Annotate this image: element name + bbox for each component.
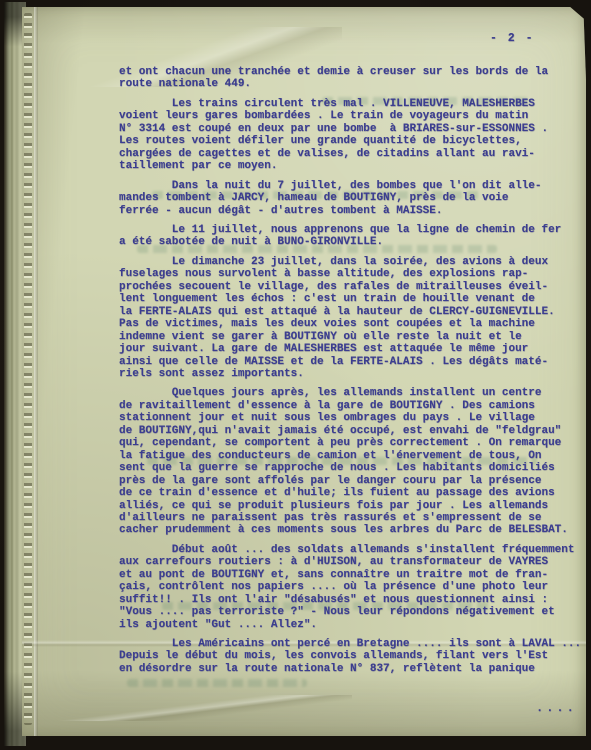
document-page: - 2 - et ont chacun une tranchée et demi… bbox=[22, 7, 586, 736]
paragraph-23-juillet: Le dimanche 23 juillet, dans la soirée, … bbox=[119, 256, 581, 381]
binding-crease bbox=[34, 7, 38, 736]
paragraph-11-juillet: Le 11 juillet, nous apprenons que la lig… bbox=[119, 224, 581, 249]
paragraph-route-nationale: et ont chacun une tranchée et demie à cr… bbox=[119, 66, 581, 91]
paragraph-americains: Les Américains ont percé en Bretagne ...… bbox=[119, 638, 581, 675]
perforation-edge bbox=[24, 13, 32, 725]
paragraph-trains: Les trains circulent très mal . VILLENEU… bbox=[119, 98, 581, 173]
paragraph-centre-essence: Quelques jours après, les allemands inst… bbox=[119, 387, 581, 536]
typewritten-body: et ont chacun une tranchée et demie à cr… bbox=[119, 66, 581, 682]
page-number: - 2 - bbox=[490, 32, 535, 45]
paragraph-debut-aout: Début août ... des soldats allemands s'i… bbox=[119, 544, 581, 631]
trailing-dots: .... bbox=[536, 701, 577, 715]
paper-crease bbox=[52, 695, 352, 721]
paragraph-nuit-7-juillet: Dans la nuit du 7 juillet, des bombes qu… bbox=[119, 180, 581, 217]
photo-background: - 2 - et ont chacun une tranchée et demi… bbox=[0, 0, 591, 750]
